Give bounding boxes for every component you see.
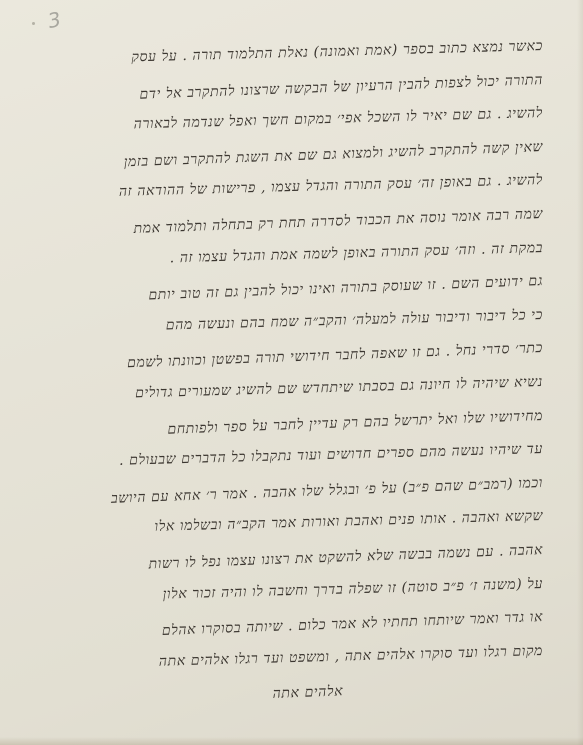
ink-speck	[32, 22, 35, 25]
scan-edge-shadow	[577, 0, 583, 745]
handwritten-text-body: כאשר נמצא כתוב בספר (אמת ואמונה) נאלת הת…	[30, 30, 543, 702]
manuscript-page: 3 כאשר נמצא כתוב בספר (אמת ואמונה) נאלת …	[0, 0, 583, 745]
